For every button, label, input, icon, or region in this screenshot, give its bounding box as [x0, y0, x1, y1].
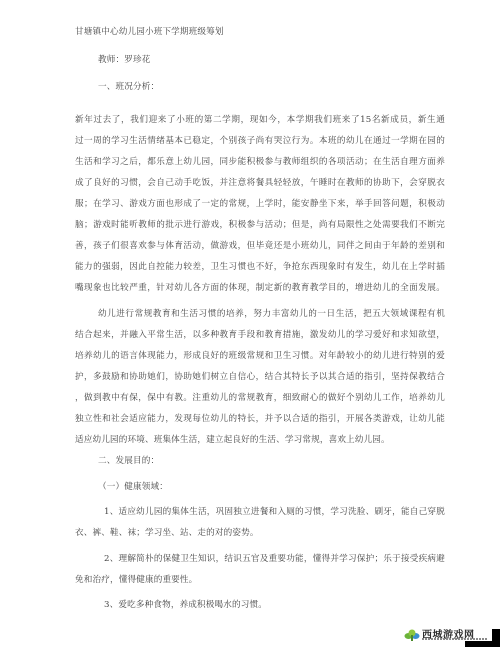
document-title: 甘塘镇中心幼儿园小班下学期班级筹划	[75, 26, 445, 38]
paragraph-line: 服；在学习、游戏方面也形成了一定的常规，上学时，能安静坐下来，举手回答问题，积极…	[75, 198, 445, 210]
paragraph-line: ，做到教中有保，保中有教。注重幼儿的常规教育，细致耐心的做好个别幼儿工作，培养幼…	[75, 392, 445, 404]
watermark-subtitle	[422, 638, 488, 640]
section-heading-goals: 二、发展目的：	[98, 455, 468, 467]
list-item-line: 免和治疗，懂得健康的重要性。	[75, 574, 445, 586]
paragraph-line: 适应幼儿园的环境、班集体生活，建立起良好的生活、学习常规，喜欢上幼儿园。	[75, 434, 445, 446]
paragraph-line: 脑；游戏时能听教师的批示进行游戏，积极参与活动；但是，尚有局限性之处需要我们不断…	[75, 219, 445, 231]
paragraph-line: 结合起来，并融入平常生活，以多种教育手段和教育措施，激发幼儿的学习爱好和求知欲望…	[75, 329, 445, 341]
paragraph-line: 过一周的学习生活情绪基本已稳定，个别孩子尚有哭泣行为。本班的幼儿在通过一学期在园…	[75, 135, 445, 147]
paragraph-line: 善，孩子们很喜欢参与体育活动，做游戏，但毕竟还是小班幼儿，同伴之间由于年龄的差别…	[75, 240, 445, 252]
watermark-plate: 西城游戏网	[400, 621, 492, 641]
paragraph-line: 护，多鼓励和协助她们，协助她们树立自信心，结合其特长予以其合适的指引，坚持保教结…	[75, 371, 445, 383]
document-page: 甘塘镇中心幼儿园小班下学期班级筹划 教师：罗珍花 一、班况分析： 新年过去了，我…	[0, 0, 500, 647]
paragraph-line: 幼儿进行常规教育和生活习惯的培养，努力丰富幼儿的一日生活，把五大领域课程有机	[98, 308, 445, 320]
section-heading-class-analysis: 一、班况分析：	[98, 81, 468, 93]
list-item-line: 3、爱吃多种食物，养成积极喝水的习惯。	[104, 599, 474, 611]
paragraph-line: 成了良好的习惯，会自己动手吃饭，并注意将餐具轻轻放，午睡时在教师的协助下，会穿脱…	[75, 177, 445, 189]
paragraph-line: 培养幼儿的语言体现能力，形成良好的班级常规和卫生习惯。对年龄较小的幼儿进行特别的…	[75, 350, 445, 362]
list-item-line: 衣、裤、鞋、袜；学习坐、站、走的对的姿势。	[75, 527, 445, 539]
list-item-line: 1、适应幼儿园的集体生活，巩固独立进餐和入厕的习惯，学习洗脸、刷牙，能自己穿脱	[104, 506, 445, 518]
subsection-heading-health: （一）健康领域：	[98, 481, 468, 493]
watermark-logo: 西城游戏网	[400, 617, 500, 647]
paragraph-line: 独立性和社会适应能力，发现每位幼儿的特长，并予以合适的指引，开展各类游戏，让幼儿…	[75, 413, 445, 425]
leaf-logo-icon	[404, 627, 420, 641]
teacher-name: 教师：罗珍花	[98, 54, 468, 66]
paragraph-line: 生活和学习之后，都乐意上幼儿园，同步能积极参与教师组织的各项活动；在生活自理方面…	[75, 156, 445, 168]
paragraph-line: 新年过去了，我们迎来了小班的第二学期，现如今，本学期我们班来了15名新成员，新生…	[75, 114, 445, 126]
list-item-line: 2、理解简朴的保健卫生知识，结识五官及重要功能，懂得并学习保护；乐于接受疾病避	[104, 553, 445, 565]
paragraph-line: 嘴现象也比较严重，针对幼儿各方面的体现，制定新的教育教学目的，增进幼儿的全面发展…	[75, 282, 445, 294]
paragraph-line: 能力的强弱，因此自控能力较差，卫生习惯也不好，争抢东西现象时有发生，幼儿在上学时…	[75, 261, 445, 273]
